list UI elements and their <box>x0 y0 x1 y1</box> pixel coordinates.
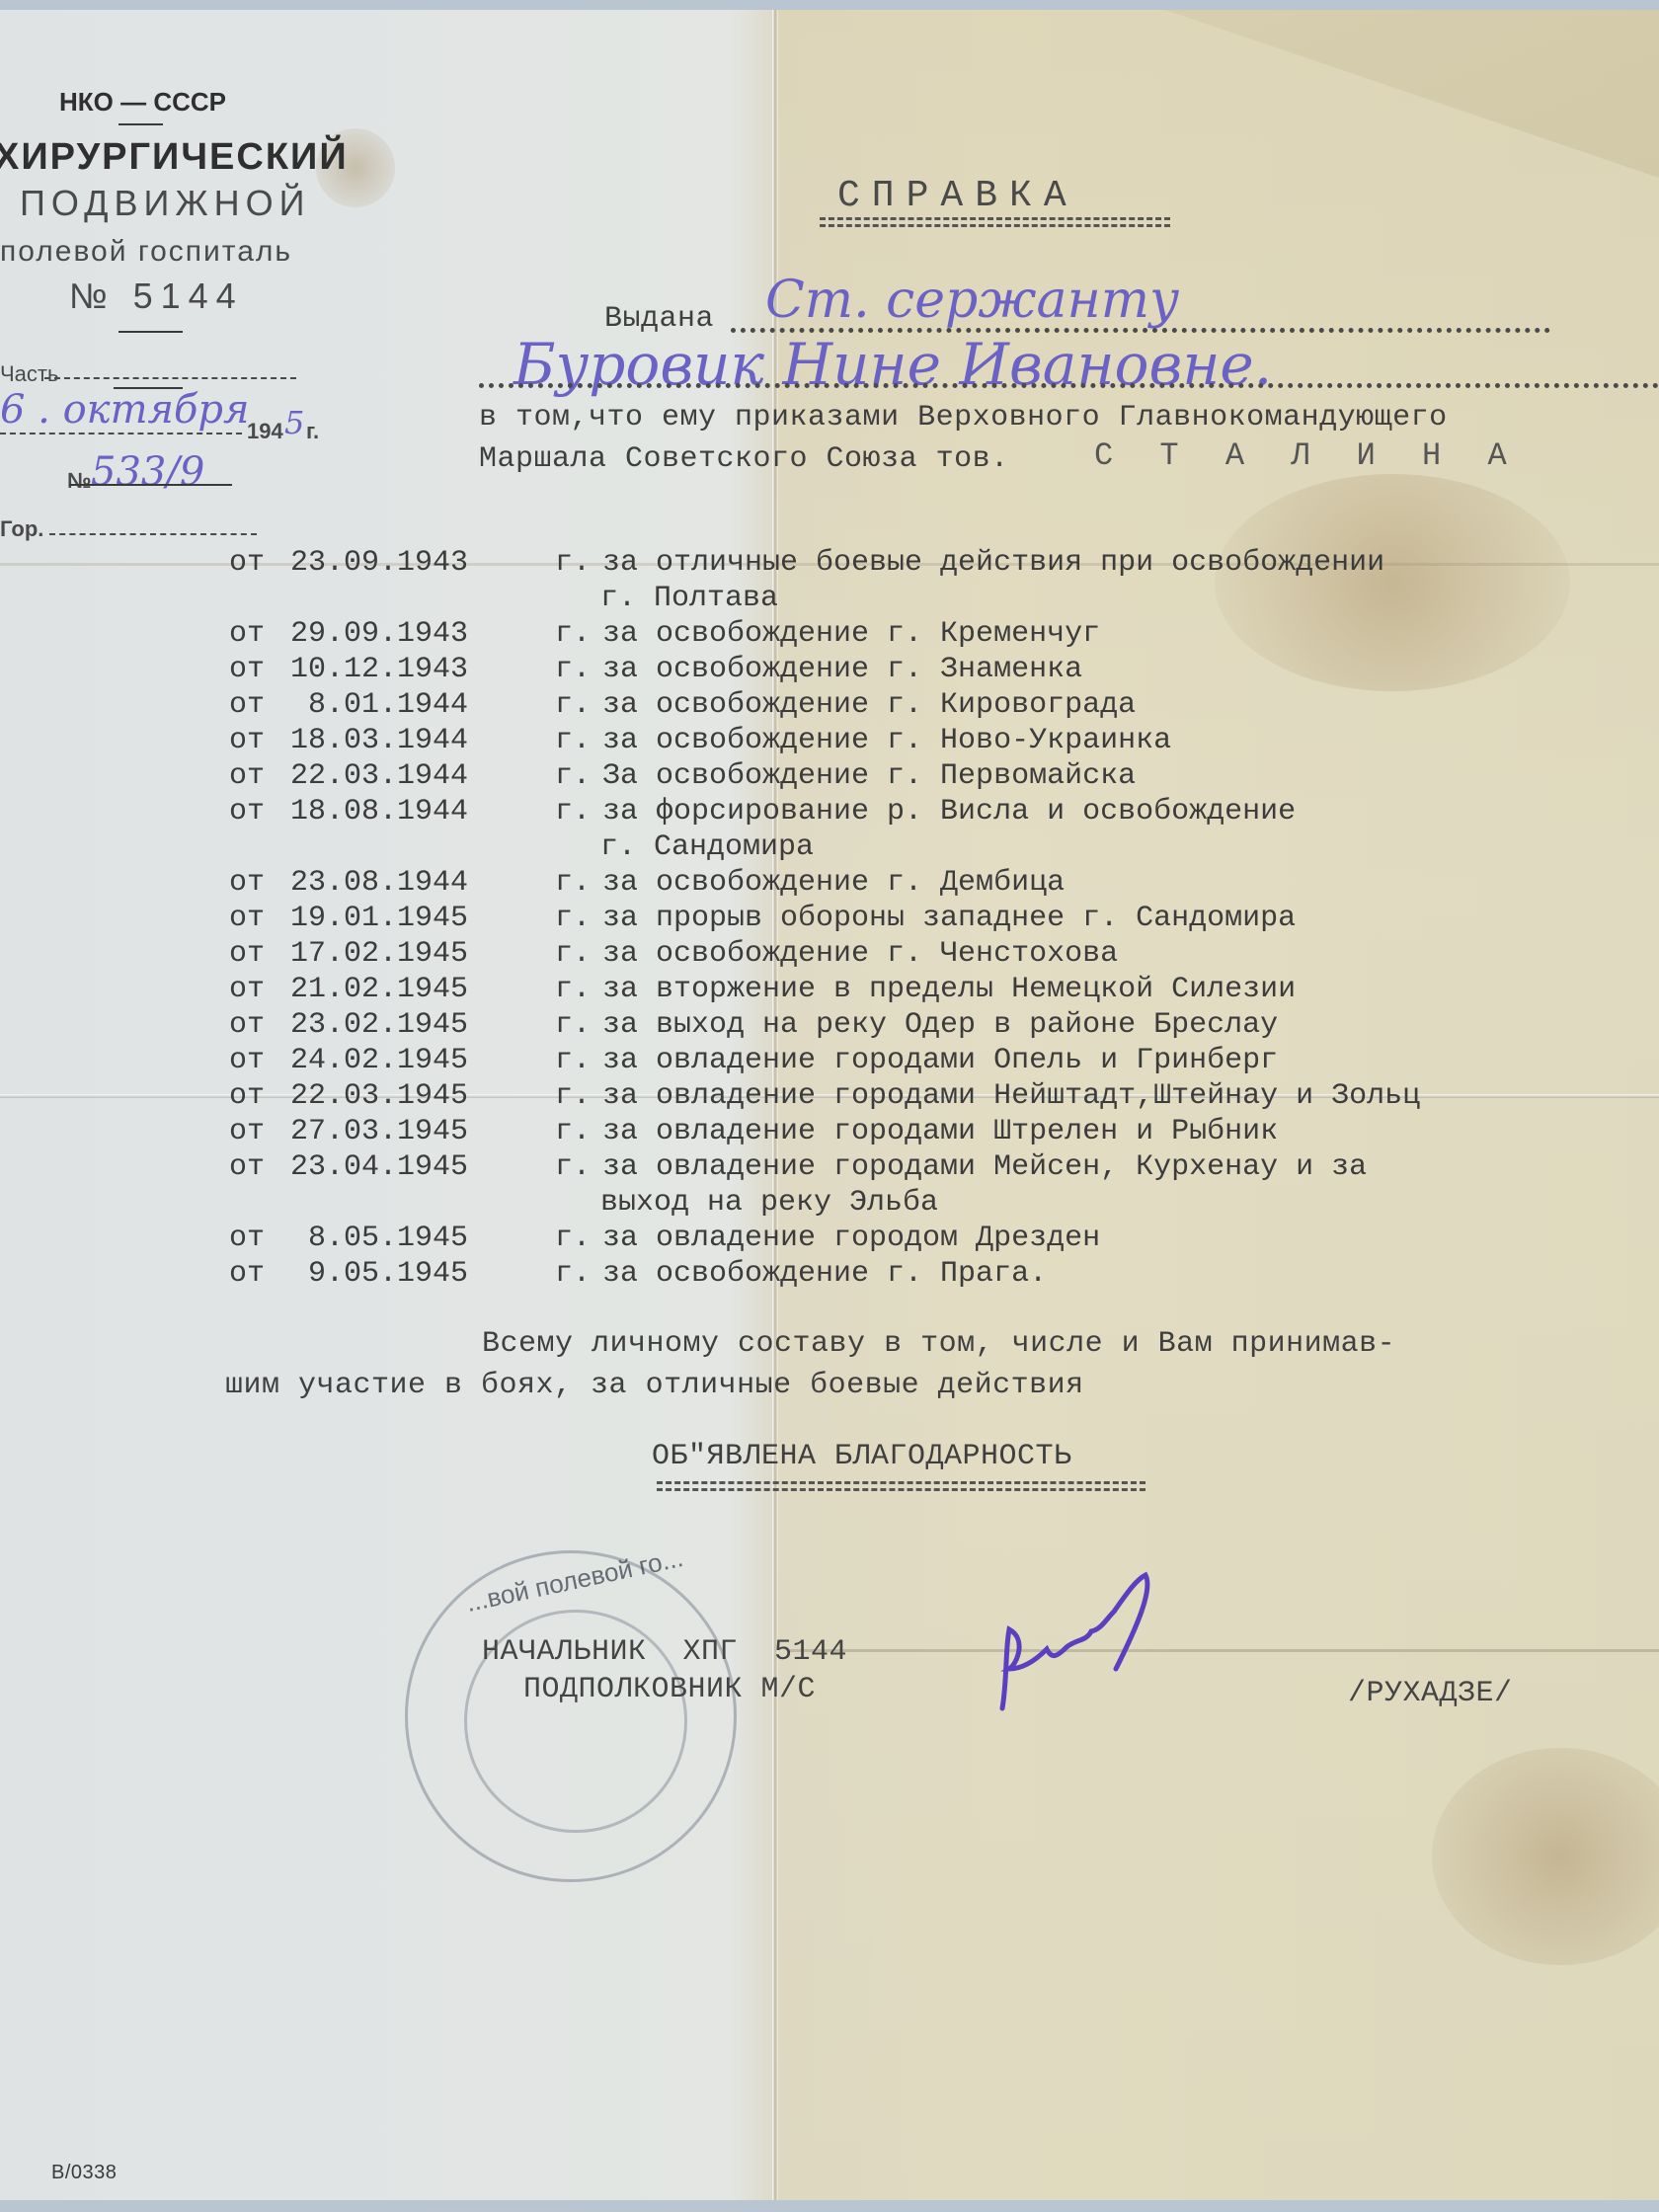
order-text: за овладение городами Штрелен и Рыбник <box>602 1117 1278 1146</box>
order-year-suffix: г. <box>555 1010 591 1040</box>
order-text: за освобождение г. Знаменка <box>602 655 1082 684</box>
order-year-suffix: г. <box>555 619 591 649</box>
order-prefix: от <box>229 1259 265 1289</box>
order-date: 23.02.1945 <box>290 1010 468 1040</box>
hospital-mobility-label: ПОДВИЖНОЙ <box>20 186 310 221</box>
order-text: За освобождение г. Первомайска <box>602 761 1136 791</box>
gratitude-declaration: ОБ"ЯВЛЕНА БЛАГОДАРНОСТЬ <box>652 1442 1072 1471</box>
order-text: за выход на реку Одер в районе Бреслау <box>602 1010 1278 1040</box>
order-year-suffix: г. <box>555 939 591 969</box>
issue-date-handwritten: 6 . октября <box>0 390 249 430</box>
order-text: за прорыв обороны западнее г. Сандомира <box>602 904 1296 933</box>
order-date: 18.03.1944 <box>290 726 468 755</box>
order-date: 10.12.1943 <box>290 655 468 684</box>
page-title: СПРАВКА <box>837 178 1078 215</box>
ministry-label: НКО — СССР <box>59 89 226 115</box>
order-date: 9.05.1945 <box>290 1259 468 1289</box>
order-text-continuation: г. Сандомира <box>600 832 814 862</box>
order-date: 29.09.1943 <box>290 619 468 649</box>
order-date: 21.02.1945 <box>290 975 468 1004</box>
reg-number-line <box>69 484 232 486</box>
divider <box>118 123 163 125</box>
order-text: за вторжение в пределы Немецкой Силезии <box>602 975 1296 1004</box>
order-year-suffix: г. <box>555 797 591 827</box>
stain <box>1215 474 1570 691</box>
order-year-suffix: г. <box>555 690 591 720</box>
order-text: за овладение городом Дрезден <box>602 1224 1100 1253</box>
order-text: за форсирование р. Висла и освобождение <box>602 797 1296 827</box>
order-text: за овладение городами Опель и Гринберг <box>602 1046 1278 1075</box>
part-label: Часть <box>0 363 58 385</box>
hospital-kind-label: полевой госпиталь <box>0 237 292 267</box>
signer-name: /РУХАДЗЕ/ <box>1348 1679 1513 1708</box>
year-handwritten: 5 <box>284 407 304 438</box>
stain <box>1432 1748 1659 1965</box>
intro-line-1: в том,что ему приказами Верховного Главн… <box>479 403 1448 433</box>
order-prefix: от <box>229 1081 265 1111</box>
order-date: 22.03.1944 <box>290 761 468 791</box>
hospital-type-label: ХИРУРГИЧЕСКИЙ <box>0 138 349 176</box>
order-prefix: от <box>229 619 265 649</box>
order-year-suffix: г. <box>555 904 591 933</box>
folded-corner <box>1165 10 1659 178</box>
year-suffix: г. <box>306 421 319 442</box>
order-prefix: от <box>229 1010 265 1040</box>
signer-title-2: ПОДПОЛКОВНИК М/С <box>523 1675 816 1704</box>
order-prefix: от <box>229 1046 265 1075</box>
date-field-line <box>0 433 242 434</box>
order-date: 24.02.1945 <box>290 1046 468 1075</box>
order-prefix: от <box>229 868 265 898</box>
order-date: 23.04.1945 <box>290 1152 468 1182</box>
order-year-suffix: г. <box>555 726 591 755</box>
order-text: за освобождение г. Кировограда <box>602 690 1136 720</box>
order-year-suffix: г. <box>555 1224 591 1253</box>
order-date: 8.05.1945 <box>290 1224 468 1253</box>
reg-number-prefix: № <box>67 470 92 492</box>
issued-label: Выдана <box>604 304 714 334</box>
order-year-suffix: г. <box>555 868 591 898</box>
order-prefix: от <box>229 939 265 969</box>
order-year-suffix: г. <box>555 1259 591 1289</box>
city-label: Гор. <box>0 518 43 540</box>
order-date: 17.02.1945 <box>290 939 468 969</box>
order-year-suffix: г. <box>555 548 591 578</box>
order-prefix: от <box>229 1117 265 1146</box>
order-prefix: от <box>229 797 265 827</box>
order-prefix: от <box>229 655 265 684</box>
order-year-suffix: г. <box>555 1081 591 1111</box>
divider <box>118 331 183 333</box>
order-date: 23.08.1944 <box>290 868 468 898</box>
part-field-line <box>44 377 296 379</box>
order-prefix: от <box>229 761 265 791</box>
order-text: за освобождение г. Ново-Украинка <box>602 726 1171 755</box>
order-text: за освобождение г. Кременчуг <box>602 619 1100 649</box>
order-prefix: от <box>229 904 265 933</box>
signature-icon <box>987 1570 1215 1718</box>
order-prefix: от <box>229 1152 265 1182</box>
order-prefix: от <box>229 690 265 720</box>
order-date: 23.09.1943 <box>290 548 468 578</box>
order-text: за овладение городами Мейсен, Курхенау и… <box>602 1152 1367 1182</box>
closing-line-1: Всему личному составу в том, числе и Вам… <box>482 1329 1395 1359</box>
order-text-continuation: выход на реку Эльба <box>600 1188 938 1218</box>
fold-horizontal <box>790 1649 1659 1652</box>
year-printed: 194 <box>247 421 283 442</box>
order-year-suffix: г. <box>555 1117 591 1146</box>
order-date: 27.03.1945 <box>290 1117 468 1146</box>
order-text: за овладение городами Нейштадт,Штейнау и… <box>602 1081 1420 1111</box>
form-code: В/0338 <box>51 2163 117 2182</box>
signer-title-1: НАЧАЛЬНИК ХПГ 5144 <box>482 1637 847 1667</box>
closing-line-2: шим участие в боях, за отличные боевые д… <box>225 1371 1084 1400</box>
order-year-suffix: г. <box>555 1046 591 1075</box>
issued-rank-handwritten: Ст. сержанту <box>765 275 1179 326</box>
hospital-number: № 5144 <box>69 278 244 314</box>
title-underline <box>820 217 1170 227</box>
order-prefix: от <box>229 548 265 578</box>
order-prefix: от <box>229 726 265 755</box>
order-date: 8.01.1944 <box>290 690 468 720</box>
order-date: 19.01.1945 <box>290 904 468 933</box>
city-field-line <box>49 533 257 535</box>
order-text: за освобождение г. Ченстохова <box>602 939 1118 969</box>
order-year-suffix: г. <box>555 1152 591 1182</box>
reg-number-handwritten: 533/9 <box>91 452 204 492</box>
order-year-suffix: г. <box>555 761 591 791</box>
declaration-underline <box>657 1481 1145 1491</box>
order-date: 18.08.1944 <box>290 797 468 827</box>
document-paper: НКО — СССР ХИРУРГИЧЕСКИЙ ПОДВИЖНОЙ полев… <box>0 10 1659 2200</box>
intro-line-2: Маршала Советского Союза тов. <box>479 444 1009 474</box>
order-year-suffix: г. <box>555 975 591 1004</box>
order-prefix: от <box>229 975 265 1004</box>
order-text: за отличные боевые действия при освобожд… <box>602 548 1384 578</box>
order-text: за освобождение г. Дембица <box>602 868 1065 898</box>
order-prefix: от <box>229 1224 265 1253</box>
order-text: за освобождение г. Прага. <box>602 1259 1047 1289</box>
order-text-continuation: г. Полтава <box>600 584 778 613</box>
issued-line-2 <box>479 383 1659 388</box>
order-year-suffix: г. <box>555 655 591 684</box>
order-date: 22.03.1945 <box>290 1081 468 1111</box>
commander-name: С Т А Л И Н А <box>1094 440 1521 472</box>
